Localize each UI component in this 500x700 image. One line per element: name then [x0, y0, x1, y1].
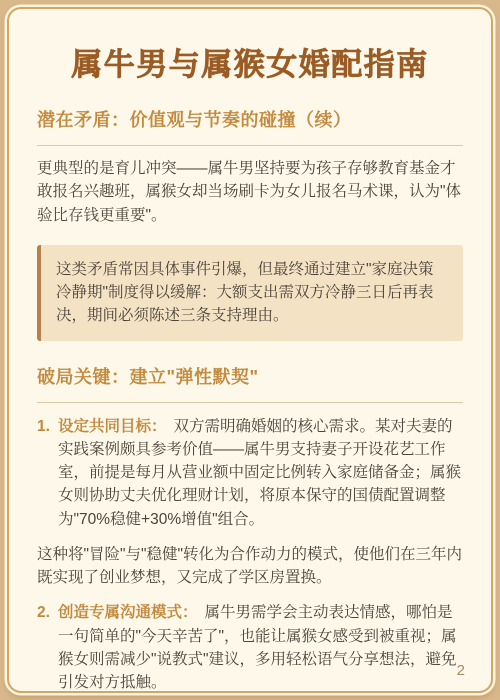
section-breakthrough-key: 破局关键：建立"弹性默契" 1. 设定共同目标：双方需明确婚姻的核心需求。某对夫…	[37, 363, 463, 694]
list-item-shared-goals: 1. 设定共同目标：双方需明确婚姻的核心需求。某对夫妻的实践案例颇具参考价值——…	[37, 415, 463, 531]
page-title: 属牛男与属猴女婚配指南	[37, 39, 463, 84]
guide-card: 属牛男与属猴女婚配指南 潜在矛盾：价值观与节奏的碰撞（续） 更典型的是育儿冲突—…	[7, 7, 493, 693]
list-number: 2.	[37, 601, 58, 693]
list-number: 1.	[37, 415, 58, 531]
section-heading-solution: 破局关键：建立"弹性默契"	[37, 363, 463, 389]
page-number: 2	[457, 662, 465, 679]
list-item-communication-mode: 2. 创造专属沟通模式：属牛男需学会主动表达情感，哪怕是一句简单的"今天辛苦了"…	[37, 601, 463, 693]
callout-text: 这类矛盾常因具体事件引爆，但最终通过建立"家庭决策冷静期"制度得以缓解：大额支出…	[56, 258, 448, 328]
page-background: 属牛男与属猴女婚配指南 潜在矛盾：价值观与节奏的碰撞（续） 更典型的是育儿冲突—…	[0, 0, 500, 700]
callout-cooling-period-rule: 这类矛盾常因具体事件引爆，但最终通过建立"家庭决策冷静期"制度得以缓解：大额支出…	[37, 245, 463, 341]
paragraph-parenting-conflict: 更典型的是育儿冲突——属牛男坚持要为孩子存够教育基金才敢报名兴趣班，属猴女却当场…	[37, 157, 463, 227]
divider	[37, 402, 463, 403]
list-content: 设定共同目标：双方需明确婚姻的核心需求。某对夫妻的实践案例颇具参考价值——属牛男…	[58, 415, 463, 531]
list-content: 创造专属沟通模式：属牛男需学会主动表达情感，哪怕是一句简单的"今天辛苦了"，也能…	[58, 601, 463, 693]
paragraph-cooperation-result: 这种将"冒险"与"稳健"转化为合作动力的模式，使他们在三年内既实现了创业梦想，又…	[37, 543, 463, 590]
section-heading-conflict: 潜在矛盾：价值观与节奏的碰撞（续）	[37, 106, 463, 132]
divider	[37, 145, 463, 146]
section-potential-conflict: 潜在矛盾：价值观与节奏的碰撞（续） 更典型的是育儿冲突——属牛男坚持要为孩子存够…	[37, 106, 463, 341]
list-label: 设定共同目标：	[58, 418, 167, 435]
list-label: 创造专属沟通模式：	[58, 604, 198, 621]
